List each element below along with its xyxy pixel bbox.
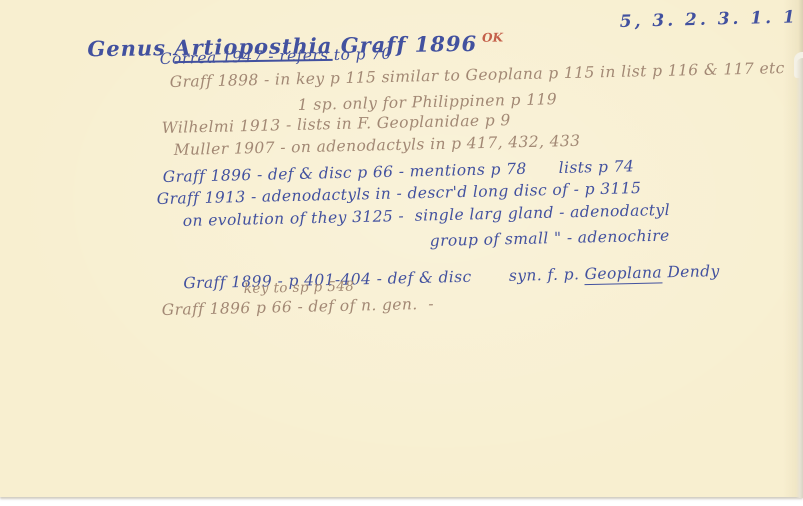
note-line: key to sp p 548 [244, 278, 355, 297]
note-line: 1 sp. only for Philippinen p 119 [298, 90, 558, 114]
note-line: Muller 1907 - on adenodactyls in p 417, … [174, 132, 581, 159]
scanner-background: Genus Artioposthia Graff 1896OK 5, 3. 2.… [0, 0, 803, 506]
classification-number: 5, 3. 2. 3. 1. 1 [619, 7, 798, 32]
note-line: Wilhelmi 1913 - lists in F. Geoplanidae … [162, 111, 511, 137]
index-card: Genus Artioposthia Graff 1896OK 5, 3. 2.… [0, 0, 803, 497]
note-line-text: Dendy [662, 262, 720, 281]
adjacent-card-edge [796, 58, 803, 498]
synonym-genus-name: Geoplana [584, 263, 662, 285]
approval-mark: OK [482, 31, 503, 45]
